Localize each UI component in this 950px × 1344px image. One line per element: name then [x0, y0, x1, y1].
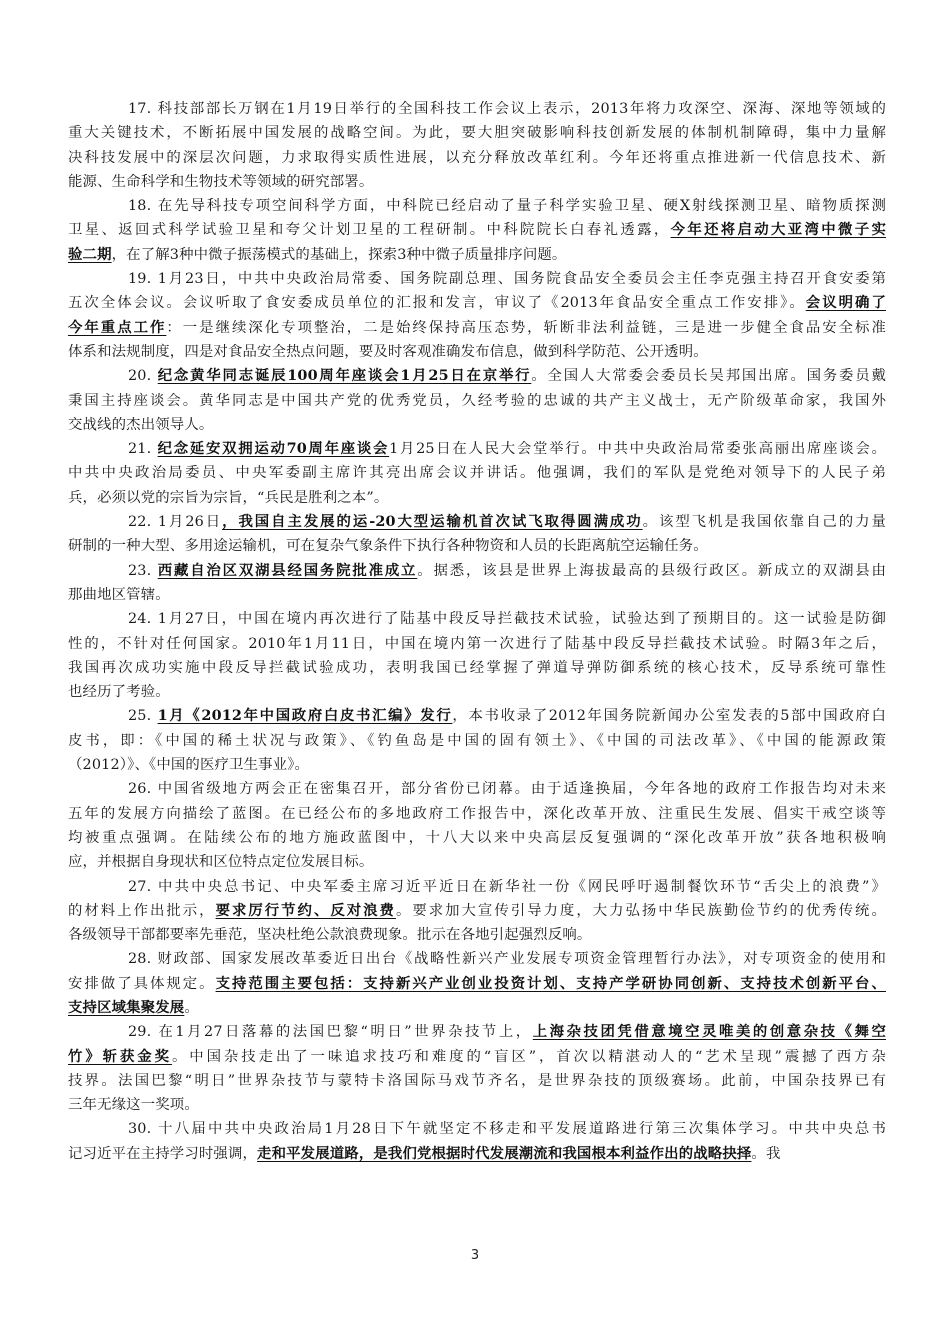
text-run: 体系和法规制度，四是对食品安全热点问题，要及时客观准确发布信息，做到科学防范、公…	[68, 344, 708, 360]
emphasized-text: 西藏自治区双湖县经国务院批准成立	[158, 562, 418, 579]
paragraph-line: 安排做了具体规定。支持范围主要包括：支持新兴产业创业投资计划、支持产学研协同创新…	[68, 972, 886, 996]
paragraph-line: 均被重点强调。在陆续公布的地方施政蓝图中，十八大以来中央高层反复强调的“深化改革…	[68, 826, 886, 850]
text-run: 。全国人大常委会委员长吴邦国出席。国务委员戴	[531, 368, 886, 384]
text-run: 。据悉，该县是世界上海拔最高的县级行政区。新成立的双湖县由	[417, 563, 886, 579]
paragraph-line: 中共中央政治局委员、中央军委副主席许其亮出席会议并讲话。他强调，我们的军队是党绝…	[68, 461, 886, 485]
text-run: 记习近平在主持学习时强调，	[68, 1146, 257, 1162]
text-run: 安排做了具体规定。	[68, 976, 216, 992]
text-run: 皮书，即：《中国的稀土状况与政策》、《钓鱼岛是中国的固有领土》、《中国的司法改革…	[68, 733, 886, 749]
text-run: 我国再次成功实施中段反导拦截试验成功，表明我国已经掌握了弹道导弹防御系统的核心技…	[68, 660, 886, 676]
paragraph-first-line: 18. 在先导科技专项空间科学方面，中科院已经启动了量子科学实验卫星、硬X射线探…	[68, 194, 886, 218]
text-run: 。该型飞机是我国依靠自己的力量	[643, 514, 886, 530]
text-run: （2012）》、《中国的医疗卫生事业》。	[68, 757, 309, 773]
text-run: 决科技发展中的深层次问题，力求取得实质性进展，以充分释放改革红利。今年还将重点推…	[68, 150, 886, 166]
text-run: 22. 1月26日	[128, 514, 222, 530]
text-run: 18. 在先导科技专项空间科学方面，中科院已经启动了量子科学实验卫星、硬X射线探…	[128, 198, 886, 214]
news-item-19: 19. 1月23日，中共中央政治局常委、国务院副总理、国务院食品安全委员会主任李…	[68, 267, 886, 364]
paragraph-line: 那曲地区管辖。	[68, 583, 886, 607]
paragraph-first-line: 25. 1月《2012年中国政府白皮书汇编》发行，本书收录了2012年国务院新闻…	[68, 704, 886, 728]
paragraph-line: 也经历了考验。	[68, 680, 886, 704]
paragraph-line: 体系和法规制度，四是对食品安全热点问题，要及时客观准确发布信息，做到科学防范、公…	[68, 340, 886, 364]
paragraph-line: 技界。法国巴黎“明日”世界杂技节与蒙特卡洛国际马戏节齐名，是世界杂技的顶级赛场。…	[68, 1069, 886, 1093]
paragraph-first-line: 23. 西藏自治区双湖县经国务院批准成立。据悉，该县是世界上海拔最高的县级行政区…	[68, 559, 886, 583]
news-item-24: 24. 1月27日，中国在境内再次进行了陆基中段反导拦截技术试验，试验达到了预期…	[68, 607, 886, 704]
paragraph-line: 五次全体会议。会议听取了食安委成员单位的汇报和发言，审议了《2013年食品安全重…	[68, 291, 886, 315]
text-run: 研制的一种大型、多用途运输机，可在复杂气象条件下执行各种物资和人员的长距离航空运…	[68, 538, 708, 554]
paragraph-line: 秉国主持座谈会。黄华同志是中国共产党的优秀党员，久经考验的忠诚的共产主义战士，无…	[68, 389, 886, 413]
text-run: 技界。法国巴黎“明日”世界杂技节与蒙特卡洛国际马戏节齐名，是世界杂技的顶级赛场。…	[68, 1073, 886, 1089]
text-run: 应，并根据自身现状和区位特点定位发展目标。	[68, 854, 373, 870]
text-run: 的材料上作出批示，	[68, 903, 216, 919]
paragraph-line: 各级领导干部都要率先垂范，坚决杜绝公款浪费现象。批示在各地引起强烈反响。	[68, 923, 886, 947]
news-item-26: 26. 中国省级地方两会正在密集召开，部分省份已闭幕。由于适逢换届，今年各地的政…	[68, 777, 886, 874]
paragraph-first-line: 28. 财政部、国家发展改革委近日出台《战略性新兴产业发展专项资金管理暂行办法》…	[68, 947, 886, 971]
paragraph-line: 的材料上作出批示，要求厉行节约、反对浪费。要求加大宣传引导力度，大力弘扬中华民族…	[68, 899, 886, 923]
news-item-22: 22. 1月26日，我国自主发展的运-20大型运输机首次试飞取得圆满成功。该型飞…	[68, 510, 886, 559]
emphasized-text: 支持区域集聚发展	[68, 999, 184, 1016]
paragraph-first-line: 27. 中共中央总书记、中央军委主席习近平近日在新华社一份《网民呼吁遏制餐饮环节…	[68, 875, 886, 899]
paragraph-line: 支持区域集聚发展。	[68, 996, 886, 1020]
text-run: 秉国主持座谈会。黄华同志是中国共产党的优秀党员，久经考验的忠诚的共产主义战士，无…	[68, 393, 886, 409]
paragraph-first-line: 17. 科技部部长万钢在1月19日举行的全国科技工作会议上表示，2013年将力攻…	[68, 97, 886, 121]
news-item-21: 21. 纪念延安双拥运动70周年座谈会1月25日在人民大会堂举行。中共中央政治局…	[68, 437, 886, 510]
paragraph-line: 五年的发展方向描绘了蓝图。在已经公布的多地政府工作报告中，深化改革开放、注重民生…	[68, 802, 886, 826]
text-run: 重大关键技术，不断拓展中国发展的战略空间。为此，要大胆突破影响科技创新发展的体制…	[68, 125, 886, 141]
paragraph-line: 研制的一种大型、多用途运输机，可在复杂气象条件下执行各种物资和人员的长距离航空运…	[68, 534, 886, 558]
paragraph-line: 交战线的杰出领导人。	[68, 413, 886, 437]
text-run: 。要求加大宣传引导力度，大力弘扬中华民族勤俭节约的优秀传统。	[396, 903, 886, 919]
text-run: 19. 1月23日，中共中央政治局常委、国务院副总理、国务院食品安全委员会主任李…	[128, 271, 886, 287]
paragraph-first-line: 24. 1月27日，中国在境内再次进行了陆基中段反导拦截技术试验，试验达到了预期…	[68, 607, 886, 631]
text-run: 也经历了考验。	[68, 684, 170, 700]
text-run: 24. 1月27日，中国在境内再次进行了陆基中段反导拦截技术试验，试验达到了预期…	[128, 611, 886, 627]
emphasized-text: 纪念延安双拥运动70周年座谈会	[158, 440, 389, 457]
page-number: 3	[0, 1248, 950, 1263]
text-run: 均被重点强调。在陆续公布的地方施政蓝图中，十八大以来中央高层反复强调的“深化改革…	[68, 830, 886, 846]
emphasized-text: 走和平发展道路，是我们党根据时代发展潮流和我国根本利益作出的战略抉择	[257, 1145, 751, 1162]
emphasized-text: 今年还将启动大亚湾中微子实	[671, 221, 886, 238]
text-run: ，本书收录了2012年国务院新闻办公室发表的5部中国政府白	[452, 708, 886, 724]
emphasized-text: 纪念黄华同志诞辰100周年座谈会1月25日在京举行	[158, 367, 532, 384]
emphasized-text: 上海杂技团凭借意境空灵唯美的创意杂技《舞空	[533, 1023, 886, 1040]
paragraph-first-line: 30. 十八届中共中央政治局1月28日下午就坚定不移走和平发展道路进行第三次集体…	[68, 1117, 886, 1141]
paragraph-line: 决科技发展中的深层次问题，力求取得实质性进展，以充分释放改革红利。今年还将重点推…	[68, 146, 886, 170]
text-run: 各级领导干部都要率先垂范，坚决杜绝公款浪费现象。批示在各地引起强烈反响。	[68, 927, 591, 943]
news-item-25: 25. 1月《2012年中国政府白皮书汇编》发行，本书收录了2012年国务院新闻…	[68, 704, 886, 777]
text-run: 28. 财政部、国家发展改革委近日出台《战略性新兴产业发展专项资金管理暂行办法》…	[128, 951, 886, 967]
text-run: ：一是继续深化专项整治，二是始终保持高压态势，斩断非法利益链，三是进一步健全食品…	[166, 320, 886, 336]
paragraph-line: 三年无缘这一奖项。	[68, 1093, 886, 1117]
text-run: 。我	[751, 1146, 780, 1162]
news-item-23: 23. 西藏自治区双湖县经国务院批准成立。据悉，该县是世界上海拔最高的县级行政区…	[68, 559, 886, 608]
paragraph-line: 竹》斩获金奖。中国杂技走出了一味追求技巧和难度的“盲区”，首次以精湛动人的“艺术…	[68, 1045, 886, 1069]
emphasized-text: ，我国自主发展的运-20大型运输机首次试飞取得圆满成功	[222, 513, 643, 530]
paragraph-first-line: 19. 1月23日，中共中央政治局常委、国务院副总理、国务院食品安全委员会主任李…	[68, 267, 886, 291]
text-run: 27. 中共中央总书记、中央军委主席习近平近日在新华社一份《网民呼吁遏制餐饮环节…	[128, 879, 886, 895]
emphasized-text: 今年重点工作	[68, 319, 166, 336]
text-run: 29. 在1月27日落幕的法国巴黎“明日”世界杂技节上，	[128, 1024, 533, 1040]
emphasized-text: 支持范围主要包括：支持新兴产业创业投资计划、支持产学研协同创新、支持技术创新平台…	[216, 975, 886, 992]
body-text: 17. 科技部部长万钢在1月19日举行的全国科技工作会议上表示，2013年将力攻…	[68, 97, 886, 1166]
paragraph-line: 性的，不针对任何国家。2010年1月11日，中国在境内第一次进行了陆基中段反导拦…	[68, 632, 886, 656]
text-run: 五年的发展方向描绘了蓝图。在已经公布的多地政府工作报告中，深化改革开放、注重民生…	[68, 806, 886, 822]
text-run: 中共中央政治局委员、中央军委副主席许其亮出席会议并讲话。他强调，我们的军队是党绝…	[68, 465, 886, 481]
text-run: 。中国杂技走出了一味追求技巧和难度的“盲区”，首次以精湛动人的“艺术呈现”震撼了…	[172, 1049, 886, 1065]
text-run: 三年无缘这一奖项。	[68, 1097, 199, 1113]
paragraph-line: 记习近平在主持学习时强调，走和平发展道路，是我们党根据时代发展潮流和我国根本利益…	[68, 1142, 886, 1166]
document-page: 17. 科技部部长万钢在1月19日举行的全国科技工作会议上表示，2013年将力攻…	[0, 0, 950, 1344]
text-run: 30. 十八届中共中央政治局1月28日下午就坚定不移走和平发展道路进行第三次集体…	[128, 1121, 886, 1137]
paragraph-line: 应，并根据自身现状和区位特点定位发展目标。	[68, 850, 886, 874]
text-run: 17. 科技部部长万钢在1月19日举行的全国科技工作会议上表示，2013年将力攻…	[128, 101, 886, 117]
paragraph-line: 今年重点工作：一是继续深化专项整治，二是始终保持高压态势，斩断非法利益链，三是进…	[68, 316, 886, 340]
text-run: 21.	[128, 441, 158, 457]
news-item-27: 27. 中共中央总书记、中央军委主席习近平近日在新华社一份《网民呼吁遏制餐饮环节…	[68, 875, 886, 948]
text-run: 性的，不针对任何国家。2010年1月11日，中国在境内第一次进行了陆基中段反导拦…	[68, 636, 886, 652]
paragraph-line: 能源、生命科学和生物技术等领域的研究部署。	[68, 170, 886, 194]
emphasized-text: 竹》斩获金奖	[68, 1048, 172, 1065]
text-run: 23.	[128, 563, 158, 579]
emphasized-text: 会议明确了	[806, 294, 886, 311]
text-run: 能源、生命科学和生物技术等领域的研究部署。	[68, 174, 373, 190]
emphasized-text: 要求厉行节约、反对浪费	[216, 902, 396, 919]
paragraph-line: 验二期，在了解3种中微子振荡模式的基础上，探索3种中微子质量排序问题。	[68, 243, 886, 267]
news-item-30: 30. 十八届中共中央政治局1月28日下午就坚定不移走和平发展道路进行第三次集体…	[68, 1117, 886, 1166]
news-item-20: 20. 纪念黄华同志诞辰100周年座谈会1月25日在京举行。全国人大常委会委员长…	[68, 364, 886, 437]
paragraph-line: 兵，必须以党的宗旨为宗旨，“兵民是胜利之本”。	[68, 486, 886, 510]
news-item-28: 28. 财政部、国家发展改革委近日出台《战略性新兴产业发展专项资金管理暂行办法》…	[68, 947, 886, 1020]
paragraph-first-line: 20. 纪念黄华同志诞辰100周年座谈会1月25日在京举行。全国人大常委会委员长…	[68, 364, 886, 388]
news-item-29: 29. 在1月27日落幕的法国巴黎“明日”世界杂技节上，上海杂技团凭借意境空灵唯…	[68, 1020, 886, 1117]
text-run: 卫星、返回式科学试验卫星和夸父计划卫星的工程研制。中科院院长白春礼透露，	[68, 222, 671, 238]
text-run: ，在了解3种中微子振荡模式的基础上，探索3种中微子质量排序问题。	[112, 247, 567, 263]
paragraph-line: 重大关键技术，不断拓展中国发展的战略空间。为此，要大胆突破影响科技创新发展的体制…	[68, 121, 886, 145]
text-run: 交战线的杰出领导人。	[68, 417, 213, 433]
text-run: 兵，必须以党的宗旨为宗旨，“兵民是胜利之本”。	[68, 490, 388, 506]
text-run: 25.	[128, 708, 158, 724]
text-run: 26. 中国省级地方两会正在密集召开，部分省份已闭幕。由于适逢换届，今年各地的政…	[128, 781, 886, 797]
news-item-18: 18. 在先导科技专项空间科学方面，中科院已经启动了量子科学实验卫星、硬X射线探…	[68, 194, 886, 267]
paragraph-line: 皮书，即：《中国的稀土状况与政策》、《钓鱼岛是中国的固有领土》、《中国的司法改革…	[68, 729, 886, 753]
text-run: 那曲地区管辖。	[68, 587, 170, 603]
paragraph-line: 我国再次成功实施中段反导拦截试验成功，表明我国已经掌握了弹道导弹防御系统的核心技…	[68, 656, 886, 680]
text-run: 。	[184, 1000, 199, 1016]
paragraph-line: 卫星、返回式科学试验卫星和夸父计划卫星的工程研制。中科院院长白春礼透露，今年还将…	[68, 218, 886, 242]
text-run: 1月25日在人民大会堂举行。中共中央政治局常委张高丽出席座谈会。	[389, 441, 886, 457]
paragraph-line: （2012）》、《中国的医疗卫生事业》。	[68, 753, 886, 777]
paragraph-first-line: 21. 纪念延安双拥运动70周年座谈会1月25日在人民大会堂举行。中共中央政治局…	[68, 437, 886, 461]
news-item-17: 17. 科技部部长万钢在1月19日举行的全国科技工作会议上表示，2013年将力攻…	[68, 97, 886, 194]
paragraph-first-line: 29. 在1月27日落幕的法国巴黎“明日”世界杂技节上，上海杂技团凭借意境空灵唯…	[68, 1020, 886, 1044]
paragraph-first-line: 22. 1月26日，我国自主发展的运-20大型运输机首次试飞取得圆满成功。该型飞…	[68, 510, 886, 534]
text-run: 20.	[128, 368, 158, 384]
text-run: 五次全体会议。会议听取了食安委成员单位的汇报和发言，审议了《2013年食品安全重…	[68, 295, 806, 311]
paragraph-first-line: 26. 中国省级地方两会正在密集召开，部分省份已闭幕。由于适逢换届，今年各地的政…	[68, 777, 886, 801]
emphasized-text: 1月《2012年中国政府白皮书汇编》发行	[158, 707, 453, 724]
emphasized-text: 验二期	[68, 246, 112, 263]
